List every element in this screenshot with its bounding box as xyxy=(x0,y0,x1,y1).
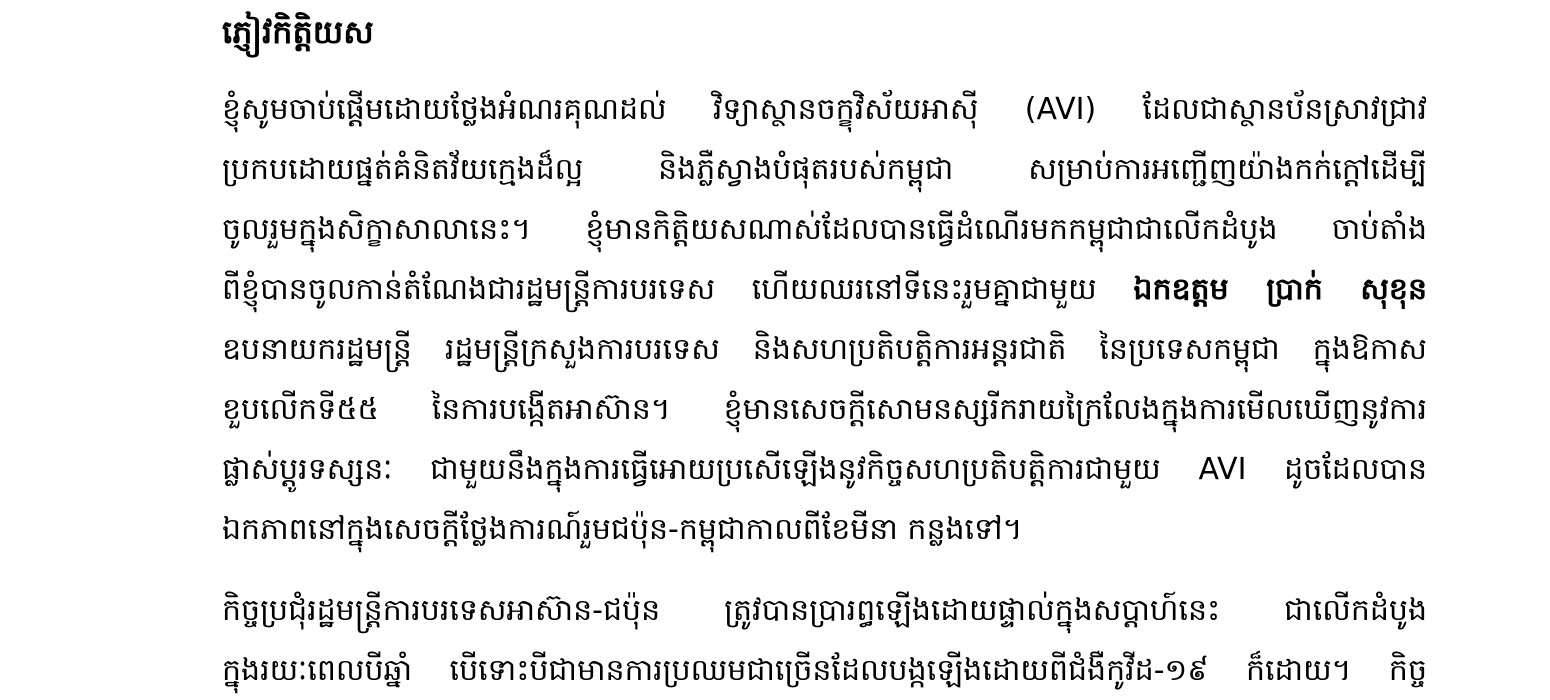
paragraph-line: ពីខ្ញុំបានចូលកាន់តំណែងជារដ្ឋមន្ត្រីការបរ… xyxy=(222,260,1427,320)
line-text: ក្នុងរយៈពេលបីឆ្នាំ បើទោះបីជាមានការប្រឈមជ… xyxy=(222,653,1427,688)
paragraph-1: ខ្ញុំសូមចាប់ផ្តើមដោយថ្លែងអំណរគុណដល់ វិទ្… xyxy=(222,80,1427,560)
line-text: ប្រកបដោយផ្នត់គំនិតវ័យក្មេងដ៏ល្អ និងភ្លឺស… xyxy=(222,152,1427,187)
line-text: ឧបនាយករដ្ឋមន្ត្រី រដ្ឋមន្ត្រីក្រសួងការបរ… xyxy=(222,332,1427,367)
paragraph-line: ក្នុងរយៈពេលបីឆ្នាំ បើទោះបីជាមានការប្រឈមជ… xyxy=(222,641,1427,700)
line-text: ខួបលើកទី៥៥ នៃការបង្កើតអាស៊ាន។ ខ្ញុំមានសេ… xyxy=(222,392,1427,427)
section-heading: ភ្ញៀវកិត្តិយស xyxy=(222,10,374,54)
paragraph-line: ខួបលើកទី៥៥ នៃការបង្កើតអាស៊ាន។ ខ្ញុំមានសេ… xyxy=(222,380,1427,440)
paragraph-2: កិច្ចប្រជុំរដ្ឋមន្ត្រីការបរទេសអាស៊ាន-ជប៉… xyxy=(222,581,1427,700)
paragraph-line: កិច្ចប្រជុំរដ្ឋមន្ត្រីការបរទេសអាស៊ាន-ជប៉… xyxy=(222,581,1427,641)
paragraph-line: ចូលរួមក្នុងសិក្ខាសាលានេះ។ ខ្ញុំមានកិត្តិ… xyxy=(222,200,1427,260)
paragraph-line: ផ្លាស់ប្តូរទស្សនៈ ជាមួយនឹងក្នុងការធ្វើអោ… xyxy=(222,440,1427,500)
line-text: ចូលរួមក្នុងសិក្ខាសាលានេះ។ ខ្ញុំមានកិត្តិ… xyxy=(222,212,1427,247)
line-text: កិច្ចប្រជុំរដ្ឋមន្ត្រីការបរទេសអាស៊ាន-ជប៉… xyxy=(222,593,1427,628)
line-text: ផ្លាស់ប្តូរទស្សនៈ ជាមួយនឹងក្នុងការធ្វើអោ… xyxy=(222,452,1427,487)
dignitary-name: ឯកឧត្តម ប្រាក់ សុខុន xyxy=(1133,272,1427,307)
paragraph-line: ឯកភាពនៅក្នុងសេចក្តីថ្លែងការណ៍រួមជប៉ុន-កម… xyxy=(222,500,1427,560)
paragraph-line: ឧបនាយករដ្ឋមន្ត្រី រដ្ឋមន្ត្រីក្រសួងការបរ… xyxy=(222,320,1427,380)
paragraph-line: ខ្ញុំសូមចាប់ផ្តើមដោយថ្លែងអំណរគុណដល់ វិទ្… xyxy=(222,80,1427,140)
line-text: ពីខ្ញុំបានចូលកាន់តំណែងជារដ្ឋមន្ត្រីការបរ… xyxy=(222,272,1097,307)
paragraph-line: ប្រកបដោយផ្នត់គំនិតវ័យក្មេងដ៏ល្អ និងភ្លឺស… xyxy=(222,140,1427,200)
line-text: ខ្ញុំសូមចាប់ផ្តើមដោយថ្លែងអំណរគុណដល់ វិទ្… xyxy=(222,92,1427,127)
line-text: ឯកភាពនៅក្នុងសេចក្តីថ្លែងការណ៍រួមជប៉ុន-កម… xyxy=(222,512,1022,547)
